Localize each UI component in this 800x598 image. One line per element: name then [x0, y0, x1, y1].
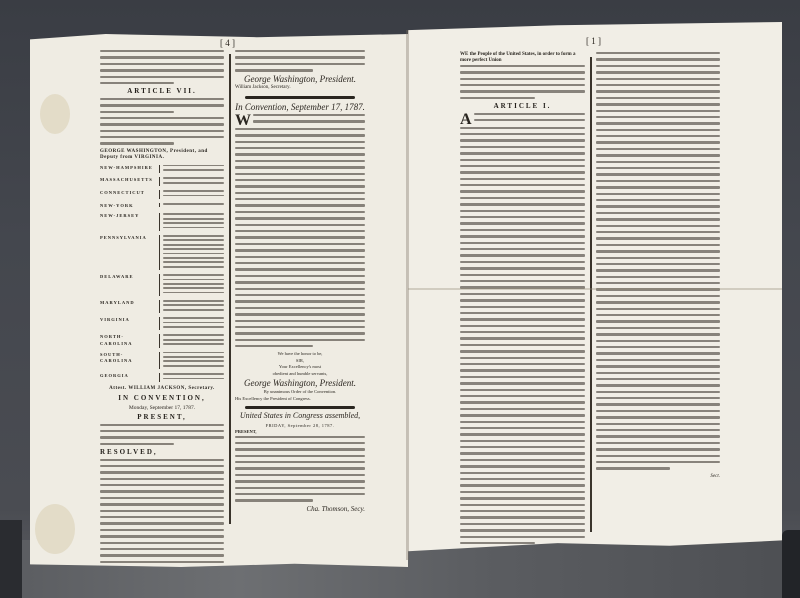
addressee-line: His Excellency the President of Congress…	[235, 396, 365, 402]
page-number: [ 1 ]	[586, 36, 601, 46]
letter-heading: In Convention, September 17, 1787.	[235, 104, 365, 110]
resolved-heading: RESOLVED,	[100, 449, 224, 455]
state-name: NEW-JERSEY	[100, 213, 155, 219]
state-name: PENNSYLVANIA	[100, 235, 155, 241]
state-delegations: NEW-HAMPSHIRE MASSACHUSETTS CONNECTICUT …	[100, 165, 224, 382]
divider	[245, 96, 355, 99]
closing-line: obedient and humble servants,	[235, 371, 365, 377]
paper-stain	[35, 504, 75, 554]
column-rule	[229, 54, 231, 524]
convention-heading: IN CONVENTION,	[100, 395, 224, 401]
state-name: NORTH-CAROLINA	[100, 334, 155, 347]
state-name: GEORGIA	[100, 373, 155, 379]
present-label: PRESENT,	[235, 429, 365, 435]
photo-scene: [ 4 ] ARTICLE VII. GEORGE WASHINGTON, Pr…	[0, 0, 800, 598]
state-name: NEW-YORK	[100, 203, 155, 209]
present-heading: PRESENT,	[100, 414, 224, 420]
drop-cap: A	[460, 113, 472, 127]
state-name: DELAWARE	[100, 274, 155, 280]
congress-heading: United States in Congress assembled,	[235, 413, 365, 419]
page-number: [ 4 ]	[220, 38, 235, 48]
washington-signature-2: George Washington, President.	[235, 380, 365, 386]
left-page: [ 4 ] ARTICLE VII. GEORGE WASHINGTON, Pr…	[30, 34, 408, 567]
state-name: CONNECTICUT	[100, 190, 155, 196]
washington-signature: George Washington, President.	[235, 76, 365, 82]
horizontal-fold	[408, 288, 782, 290]
visitor-silhouette	[782, 530, 800, 598]
paper-stain	[40, 94, 70, 134]
right-page: [ 1 ] WE the People of the United States…	[408, 22, 782, 562]
footer-mark: Sect.	[596, 474, 720, 480]
article-heading: ARTICLE VII.	[100, 88, 224, 94]
signer-line: GEORGE WASHINGTON, President, and Deputy…	[100, 149, 224, 162]
divider	[245, 406, 355, 409]
drop-cap: W	[235, 114, 251, 128]
convention-date: Monday, September 17, 1787.	[100, 405, 224, 411]
thomson-signature: Cha. Thomson, Secy.	[235, 506, 365, 512]
state-name: SOUTH-CAROLINA	[100, 352, 155, 365]
center-fold	[406, 30, 409, 560]
preamble-start: WE the People of the United States, in o…	[460, 52, 585, 65]
left-column-2: George Washington, President. William Ja…	[235, 50, 365, 515]
state-name: MASSACHUSETTS	[100, 177, 155, 183]
column-rule	[590, 57, 592, 532]
state-name: MARYLAND	[100, 300, 155, 306]
display-stand-left	[0, 520, 22, 598]
right-column-1: WE the People of the United States, in o…	[460, 52, 585, 548]
left-column-1: ARTICLE VII. GEORGE WASHINGTON, Presiden…	[100, 50, 224, 574]
attest-line: Attest. WILLIAM JACKSON, Secretary.	[100, 386, 224, 392]
right-column-2: Sect.	[596, 52, 720, 480]
article-heading: ARTICLE I.	[460, 103, 585, 109]
state-name: VIRGINIA	[100, 317, 155, 323]
state-name: NEW-HAMPSHIRE	[100, 165, 155, 171]
secretary-line: William Jackson, Secretary.	[235, 85, 365, 91]
